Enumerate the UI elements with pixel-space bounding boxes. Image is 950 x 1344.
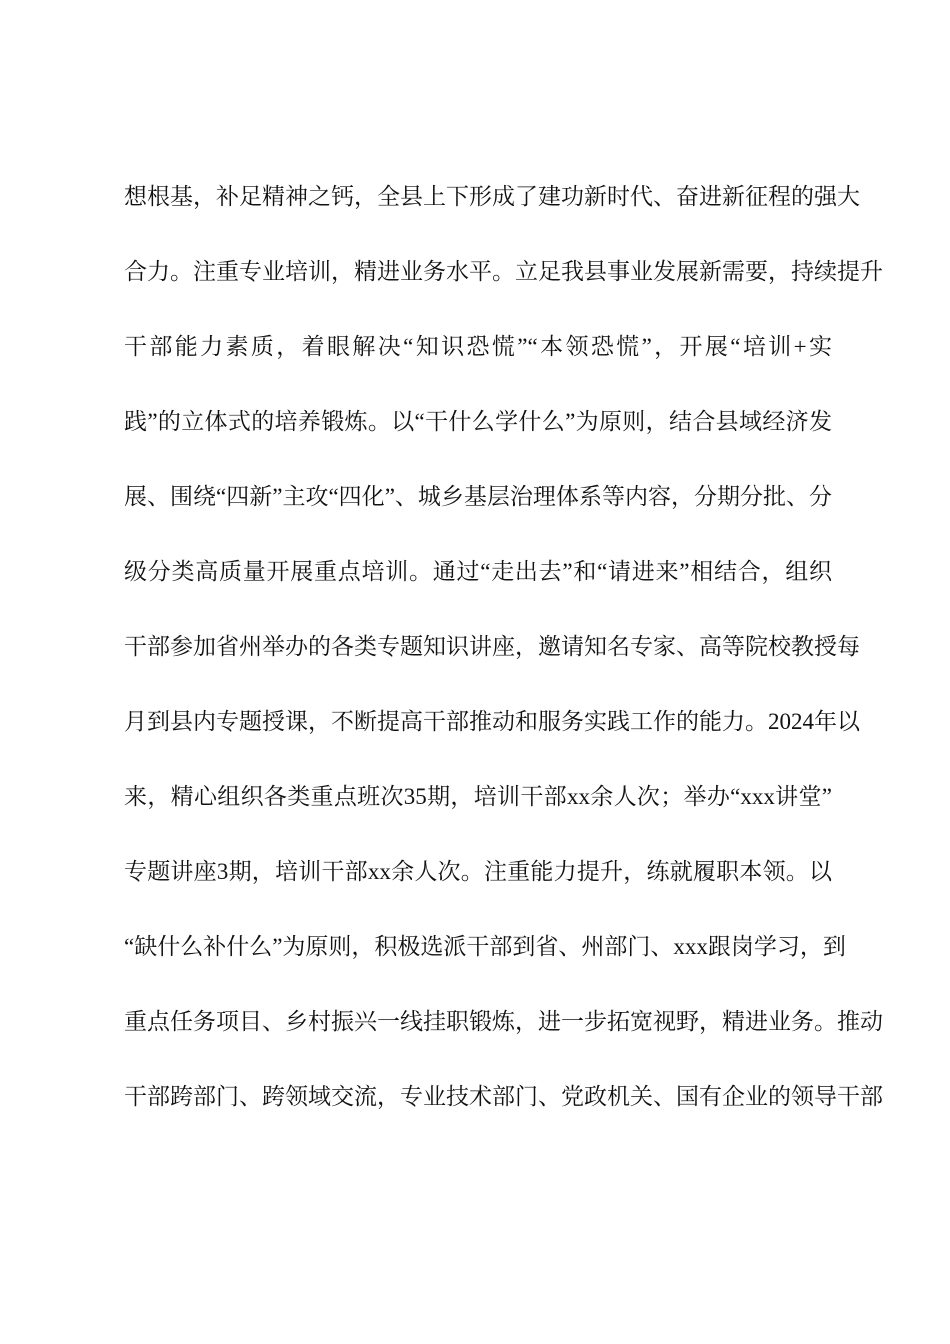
body-text-block: 想根基，补足精神之钙，全县上下形成了建功新时代、奋进新征程的强大 合力。注重专业… [124,181,832,1156]
document-page: 想根基，补足精神之钙，全县上下形成了建功新时代、奋进新征程的强大 合力。注重专业… [0,0,950,1344]
paragraph-line: 干部能力素质，着眼解决“知识恐慌”“本领恐慌”，开展“培训+实 [124,331,832,406]
paragraph-line: 级分类高质量开展重点培训。通过“走出去”和“请进来”相结合，组织 [124,556,832,631]
paragraph-line: 干部跨部门、跨领域交流，专业技术部门、党政机关、国有企业的领导干部 [124,1081,832,1156]
paragraph-line: “缺什么补什么”为原则，积极选派干部到省、州部门、xxx跟岗学习，到 [124,931,832,1006]
paragraph-line: 想根基，补足精神之钙，全县上下形成了建功新时代、奋进新征程的强大 [124,181,832,256]
paragraph-line: 践”的立体式的培养锻炼。以“干什么学什么”为原则，结合县域经济发 [124,406,832,481]
paragraph-line: 来，精心组织各类重点班次35期，培训干部xx余人次；举办“xxx讲堂” [124,781,832,856]
paragraph-line: 重点任务项目、乡村振兴一线挂职锻炼，进一步拓宽视野，精进业务。推动 [124,1006,832,1081]
paragraph-line: 干部参加省州举办的各类专题知识讲座，邀请知名专家、高等院校教授每 [124,631,832,706]
paragraph-line: 专题讲座3期，培训干部xx余人次。注重能力提升，练就履职本领。以 [124,856,832,931]
paragraph-line: 月到县内专题授课，不断提高干部推动和服务实践工作的能力。2024年以 [124,706,832,781]
paragraph-line: 合力。注重专业培训，精进业务水平。立足我县事业发展新需要，持续提升 [124,256,832,331]
paragraph-line: 展、围绕“四新”主攻“四化”、城乡基层治理体系等内容，分期分批、分 [124,481,832,556]
